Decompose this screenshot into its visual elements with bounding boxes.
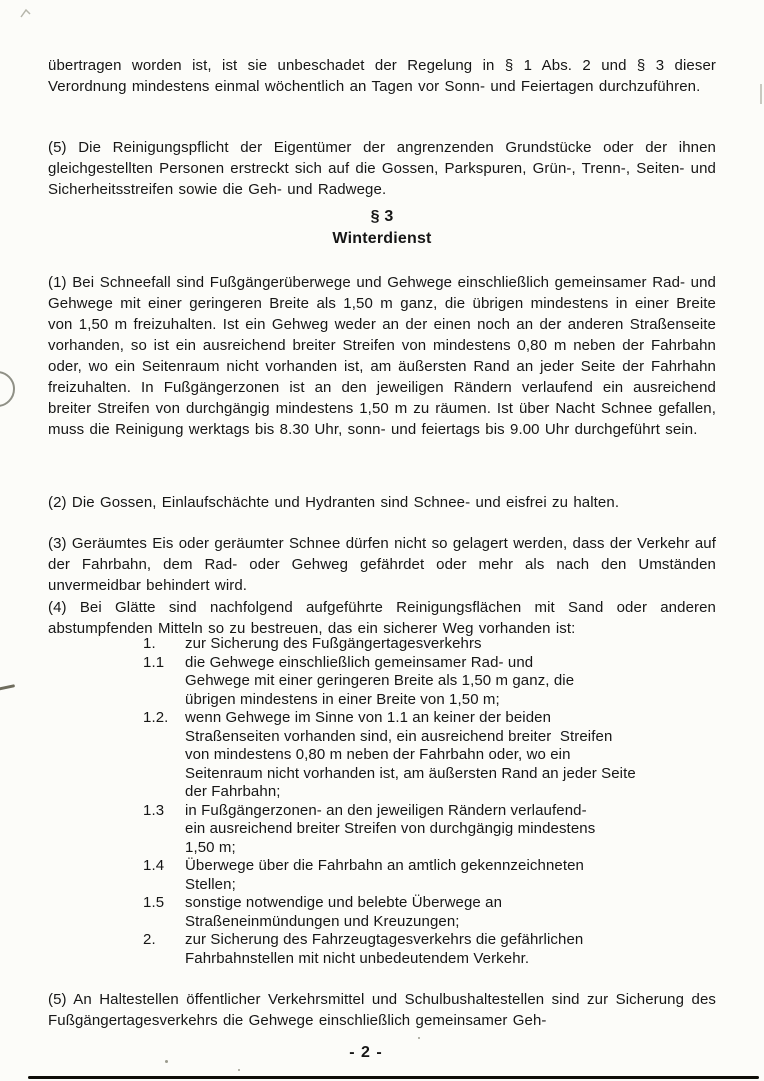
- scan-artifact-smudge: [20, 8, 32, 19]
- scan-artifact-punch-hole-arc: [0, 371, 15, 407]
- list-item-number: 1.: [143, 635, 185, 654]
- gritting-surfaces-list: 1. zur Sicherung des Fußgängertagesverke…: [143, 635, 703, 968]
- list-item-number: 1.2.: [143, 709, 185, 802]
- scanned-document-page: übertragen worden ist, ist sie unbeschad…: [0, 0, 764, 1081]
- paragraph-1-snowfall: (1) Bei Schneefall sind Fußgängerüberweg…: [48, 272, 716, 440]
- section-number: § 3: [48, 206, 716, 228]
- scan-artifact-edge-line: [760, 84, 762, 104]
- paragraph-5-bus-stops: (5) An Haltestellen öffentlicher Verkehr…: [48, 989, 716, 1031]
- list-item-text: in Fußgängerzonen- an den jeweiligen Rän…: [185, 802, 703, 858]
- list-item-number: 1.1: [143, 654, 185, 710]
- list-item: 2. zur Sicherung des Fahrzeugtagesverkeh…: [143, 931, 703, 968]
- paragraph-2-gutters: (2) Die Gossen, Einlaufschächte und Hydr…: [48, 492, 716, 513]
- scan-artifact-speck: [238, 1069, 240, 1071]
- paragraph-4-gritting: (4) Bei Glätte sind nachfolgend aufgefüh…: [48, 597, 716, 639]
- paragraph-3-cleared-snow: (3) Geräumtes Eis oder geräumter Schnee …: [48, 533, 716, 596]
- list-item: 1.4 Überwege über die Fahrbahn an amtlic…: [143, 857, 703, 894]
- paragraph-intro-continuation: übertragen worden ist, ist sie unbeschad…: [48, 55, 716, 97]
- list-item-text: zur Sicherung des Fußgängertagesverkehrs: [185, 635, 703, 654]
- list-item-number: 1.3: [143, 802, 185, 858]
- scan-artifact-speck: [418, 1037, 420, 1039]
- list-item: 1.1 die Gehwege einschließlich gemeinsam…: [143, 654, 703, 710]
- list-item-text: wenn Gehwege im Sinne von 1.1 an keiner …: [185, 709, 703, 802]
- list-item: 1. zur Sicherung des Fußgängertagesverke…: [143, 635, 703, 654]
- section-title: Winterdienst: [48, 228, 716, 250]
- section-heading: § 3 Winterdienst: [48, 206, 716, 250]
- list-item-number: 2.: [143, 931, 185, 968]
- list-item-number: 1.4: [143, 857, 185, 894]
- list-item: 1.3 in Fußgängerzonen- an den jeweiligen…: [143, 802, 703, 858]
- scan-artifact-bottom-line: [28, 1076, 759, 1079]
- list-item-text: sonstige notwendige und belebte Überwege…: [185, 894, 703, 931]
- list-item: 1.2. wenn Gehwege im Sinne von 1.1 an ke…: [143, 709, 703, 802]
- list-item-text: Überwege über die Fahrbahn an amtlich ge…: [185, 857, 703, 894]
- paragraph-5-cleaning-duty: (5) Die Reinigungspflicht der Eigentümer…: [48, 137, 716, 200]
- list-item: 1.5 sonstige notwendige und belebte Über…: [143, 894, 703, 931]
- page-number: - 2 -: [0, 1044, 748, 1062]
- list-item-text: die Gehwege einschließlich gemeinsamer R…: [185, 654, 703, 710]
- list-item-text: zur Sicherung des Fahrzeugtagesverkehrs …: [185, 931, 703, 968]
- list-item-number: 1.5: [143, 894, 185, 931]
- scan-artifact-dash: [0, 684, 15, 691]
